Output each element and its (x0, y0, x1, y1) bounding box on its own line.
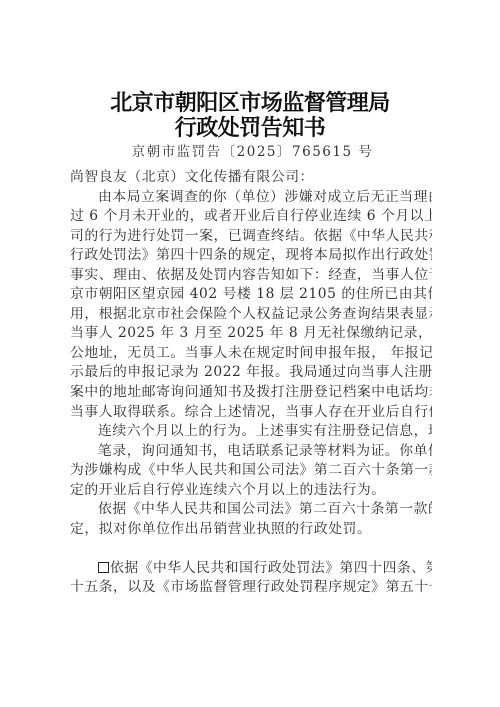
checkbox-icon[interactable] (98, 562, 109, 573)
document-title-notice: 行政处罚告知书 (0, 115, 500, 141)
text-line-with-checkbox: 依据《中华人民共和国行政处罚法》第四十四条、第四 (70, 559, 432, 579)
text-line: 依据《中华人民共和国行政处罚法》第四十四条、第四 (110, 560, 432, 576)
text-line: 定的开业后自行停业连续六个月以上的违法行为。 (70, 481, 432, 501)
text-line: 司的行为进行处罚一案，已调查终结。依据《中华人民共和国 (70, 227, 432, 247)
paragraph-legal-basis: 依据《中华人民共和国行政处罚法》第四十四条、第四 十五条，以及《市场监督管理行政… (70, 559, 432, 598)
paragraph-gap (70, 539, 432, 559)
text-line: 为涉嫌构成《中华人民共和国公司法》第二百六十条第一款规 (70, 461, 432, 481)
text-line: 当事人取得联系。综合上述情况，当事人存在开业后自行停业 (70, 403, 432, 423)
text-line: 连续六个月以上的行为。上述事实有注册登记信息，现场检查 (70, 422, 432, 442)
text-line: 行政处罚法》第四十四条的规定，现将本局拟作出行政处罚的 (70, 246, 432, 266)
text-line: 由本局立案调查的你（单位）涉嫌对成立后无正当理由超 (70, 188, 432, 208)
text-line: 过 6 个月未开业的，或者开业后自行停业连续 6 个月以上的公 (70, 207, 432, 227)
text-line: 案中的地址邮寄询问通知书及拨打注册登记档案中电话均未与 (70, 383, 432, 403)
document-title-agency: 北京市朝阳区市场监督管理局 (0, 90, 500, 116)
text-line: 事实、理由、依据及处罚内容告知如下：经查，当事人位于北 (70, 266, 432, 286)
text-line: 定，拟对你单位作出吊销营业执照的行政处罚。 (70, 520, 432, 540)
text-line: 十五条，以及《市场监督管理行政处罚程序规定》第五十七 (70, 578, 432, 598)
text-line: 当事人 2025 年 3 月至 2025 年 8 月无社保缴纳记录，现已无办 (70, 324, 432, 344)
paragraph-penalty: 依据《中华人民共和国公司法》第二百六十条第一款的规 定，拟对你单位作出吊销营业执… (70, 500, 432, 539)
text-line: 公地址，无员工。当事人未在规定时间申报年报， 年报记录显 (70, 344, 432, 364)
text-line: 笔录，询问通知书，电话联系记录等材料为证。你单位上述行 (70, 442, 432, 462)
text-line: 用，根据北京市社会保险个人权益记录公务查询结果表显示， (70, 305, 432, 325)
text-line: 示最后的申报记录为 2022 年报。我局通过向当事人注册登记档 (70, 363, 432, 383)
text-line: 依据《中华人民共和国公司法》第二百六十条第一款的规 (70, 500, 432, 520)
addressee: 尚智良友（北京）文化传播有限公司： (70, 168, 432, 188)
document-number: 京朝市监罚告〔2025〕765615 号 (0, 143, 500, 161)
document-page: 北京市朝阳区市场监督管理局 行政处罚告知书 京朝市监罚告〔2025〕765615… (0, 0, 500, 707)
document-body: 尚智良友（北京）文化传播有限公司： 由本局立案调查的你（单位）涉嫌对成立后无正当… (70, 168, 432, 598)
paragraph-facts: 由本局立案调查的你（单位）涉嫌对成立后无正当理由超 过 6 个月未开业的，或者开… (70, 188, 432, 501)
text-line: 京市朝阳区望京园 402 号楼 18 层 2105 的住所已由其他企业使 (70, 285, 432, 305)
